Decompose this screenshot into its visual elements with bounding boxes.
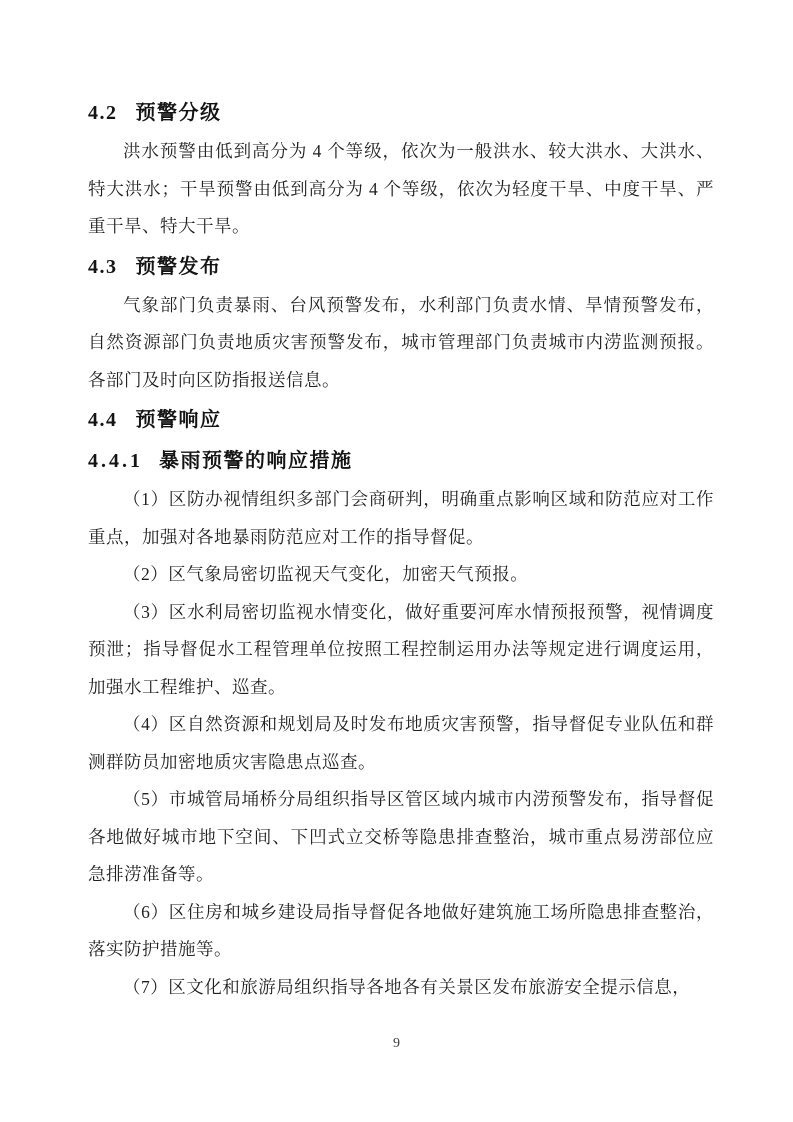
heading-number: 4.3 (88, 256, 118, 278)
heading-title: 预警分级 (136, 100, 222, 124)
heading-number: 4.4.1 (88, 450, 143, 472)
section-heading-4-4: 4.4预警响应 (88, 399, 714, 440)
heading-number: 4.2 (88, 102, 118, 124)
heading-title: 预警响应 (136, 407, 222, 431)
paragraph-warning-release: 气象部门负责暴雨、台风预警发布，水利部门负责水情、旱情预警发布，自然资源部门负责… (88, 287, 714, 400)
heading-number: 4.4 (88, 409, 118, 431)
paragraph-measure-1: （1）区防办视情组织多部门会商研判，明确重点影响区域和防范应对工作重点，加强对各… (88, 481, 714, 556)
paragraph-measure-4: （4）区自然资源和规划局及时发布地质灾害预警，指导督促专业队伍和群测群防员加密地… (88, 706, 714, 781)
paragraph-measure-2: （2）区气象局密切监视天气变化，加密天气预报。 (88, 556, 714, 594)
paragraph-measure-6: （6）区住房和城乡建设局指导督促各地做好建筑施工场所隐患排查整治，落实防护措施等… (88, 894, 714, 969)
paragraph-measure-5: （5）市城管局埇桥分局组织指导区管区域内城市内涝预警发布，指导督促各地做好城市地… (88, 781, 714, 894)
heading-title: 预警发布 (136, 254, 222, 278)
heading-title: 暴雨预警的响应措施 (159, 448, 353, 472)
paragraph-measure-3: （3）区水利局密切监视水情变化，做好重要河库水情预报预警，视情调度预泄；指导督促… (88, 594, 714, 707)
paragraph-warning-levels: 洪水预警由低到高分为 4 个等级，依次为一般洪水、较大洪水、大洪水、特大洪水；干… (88, 133, 714, 246)
section-heading-4-3: 4.3预警发布 (88, 246, 714, 287)
section-heading-4-4-1: 4.4.1暴雨预警的响应措施 (88, 440, 714, 481)
document-content: 4.2预警分级 洪水预警由低到高分为 4 个等级，依次为一般洪水、较大洪水、大洪… (88, 92, 714, 1006)
document-page: 4.2预警分级 洪水预警由低到高分为 4 个等级，依次为一般洪水、较大洪水、大洪… (0, 0, 793, 1122)
paragraph-measure-7: （7）区文化和旅游局组织指导各地各有关景区发布旅游安全提示信息， (88, 969, 714, 1007)
page-number: 9 (0, 1036, 793, 1052)
section-heading-4-2: 4.2预警分级 (88, 92, 714, 133)
